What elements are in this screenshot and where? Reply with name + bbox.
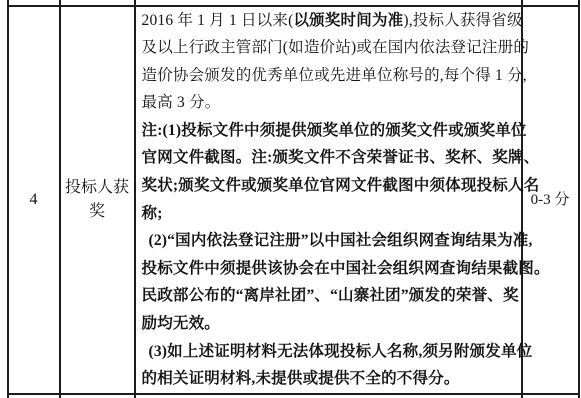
- content-line-note: 励均无效。: [142, 310, 516, 338]
- content-line-note: (3)如上述证明材料无法体现投标人名称,须另附颁发单位: [142, 338, 516, 366]
- content-line: 及以上行政主管部门(如造价站)或在国内依法登记注册的: [142, 34, 516, 62]
- content-cell: 2016 年 1 月 1 日以来(以颁奖时间为准),投标人获得省级 及以上行政主…: [136, 7, 521, 394]
- content-line-note: 官网文件截图。注:颁奖文件不含荣誉证书、奖杯、奖牌、: [142, 144, 516, 172]
- content-line-note: 注:(1)投标文件中须提供颁奖单位的颁奖文件或颁奖单位: [142, 117, 516, 145]
- content-line-note: 民政部公布的“离岸社团”、“山寨社团”颁发的荣誉、奖: [142, 282, 516, 310]
- row-number: 4: [30, 188, 38, 212]
- score-cell: 0-3 分: [523, 7, 578, 393]
- criterion-label: 投标人获奖: [61, 176, 134, 224]
- content-line-1-bold: 以颁奖时间为准: [293, 12, 403, 29]
- row-number-cell: 4: [9, 7, 59, 393]
- content-line-note: 奖状;颁奖文件或颁奖单位官网文件截图中须体现投标人名: [142, 172, 516, 200]
- score-range: 0-3 分: [531, 188, 570, 212]
- table-border-right: [578, 0, 580, 398]
- content-line: 最高 3 分。: [142, 89, 516, 117]
- content-line: 2016 年 1 月 1 日以来(以颁奖时间为准),投标人获得省级: [142, 7, 516, 35]
- content-line-note: 的相关证明材料,未提供或提供不全的不得分。: [142, 365, 516, 393]
- content-line-1-post: ),投标人获得省级: [403, 12, 522, 29]
- content-line-1-pre: 2016 年 1 月 1 日以来(: [142, 12, 294, 29]
- content-line-note: 投标文件中须提供该协会在中国社会组织网查询结果截图。: [142, 255, 516, 283]
- criterion-cell: 投标人获奖: [61, 7, 134, 393]
- content-line-note: (2)“国内依法登记注册”以中国社会组织网查询结果为准,: [142, 227, 516, 255]
- content-line-note: 称;: [142, 200, 516, 228]
- content-line: 造价协会颁发的优秀单位或先进单位称号的,每个得 1 分,: [142, 62, 516, 90]
